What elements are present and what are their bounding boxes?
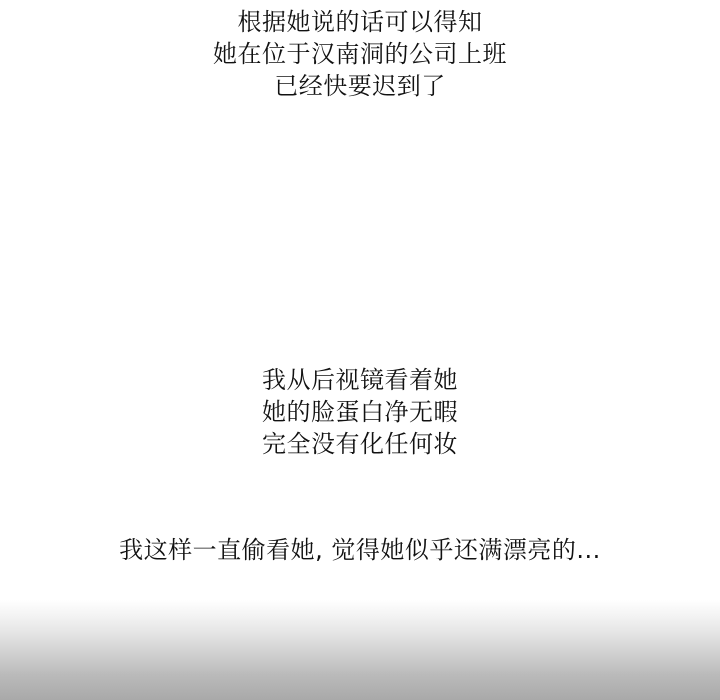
caption-line: 她在位于汉南洞的公司上班 xyxy=(0,38,720,70)
caption-line: 已经快要迟到了 xyxy=(0,70,720,102)
caption-block-3: 我这样一直偷看她, 觉得她似乎还满漂亮的... xyxy=(0,534,720,566)
caption-line: 完全没有化任何妆 xyxy=(0,428,720,460)
bottom-gradient-fade xyxy=(0,600,720,700)
caption-line: 根据她说的话可以得知 xyxy=(0,6,720,38)
caption-line: 我从后视镜看着她 xyxy=(0,364,720,396)
caption-block-1: 根据她说的话可以得知 她在位于汉南洞的公司上班 已经快要迟到了 xyxy=(0,6,720,102)
caption-block-2: 我从后视镜看着她 她的脸蛋白净无暇 完全没有化任何妆 xyxy=(0,364,720,460)
caption-line: 她的脸蛋白净无暇 xyxy=(0,396,720,428)
caption-line: 我这样一直偷看她, 觉得她似乎还满漂亮的... xyxy=(0,534,720,566)
